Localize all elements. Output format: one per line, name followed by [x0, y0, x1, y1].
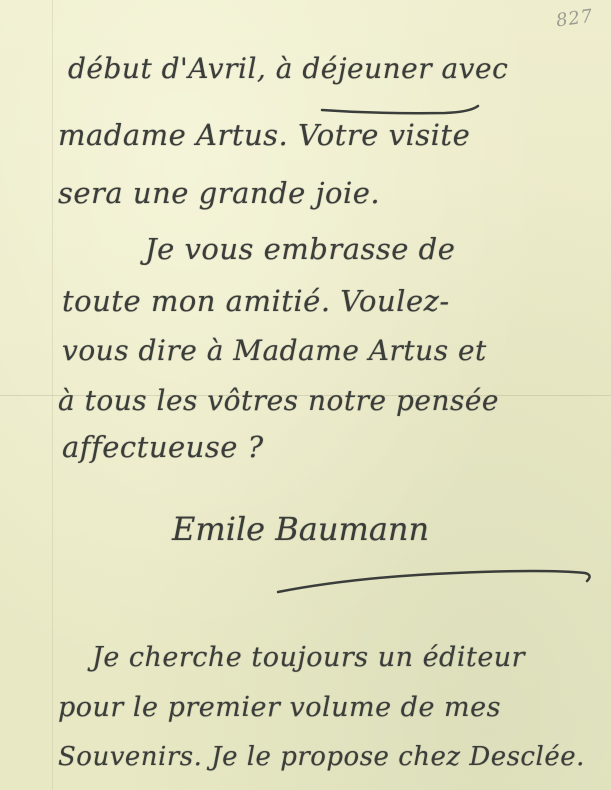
letter-line-4: Je vous embrasse de [145, 232, 455, 266]
paper-fold-vertical [52, 0, 53, 790]
letter-line-1: début d'Avril, à déjeuner avec [68, 52, 508, 85]
letter-line-6: vous dire à Madame Artus et [62, 334, 487, 367]
postscript-line-1: Je cherche toujours un éditeur [92, 642, 525, 673]
letter-line-2: madame Artus. Votre visite [58, 118, 470, 152]
letter-line-5: toute mon amitié. Voulez- [62, 284, 450, 318]
letter-line-7: à tous les vôtres notre pensée [58, 384, 499, 417]
signature-flourish [275, 565, 593, 595]
letter-line-8: affectueuse ? [62, 430, 264, 464]
postscript-line-2: pour le premier volume de mes [58, 692, 501, 723]
signature: Emile Baumann [172, 510, 429, 548]
letter-line-3: sera une grande joie. [58, 176, 380, 210]
postscript-line-3: Souvenirs. Je le propose chez Desclée. [58, 742, 585, 772]
underline-dejeuner [320, 100, 490, 116]
